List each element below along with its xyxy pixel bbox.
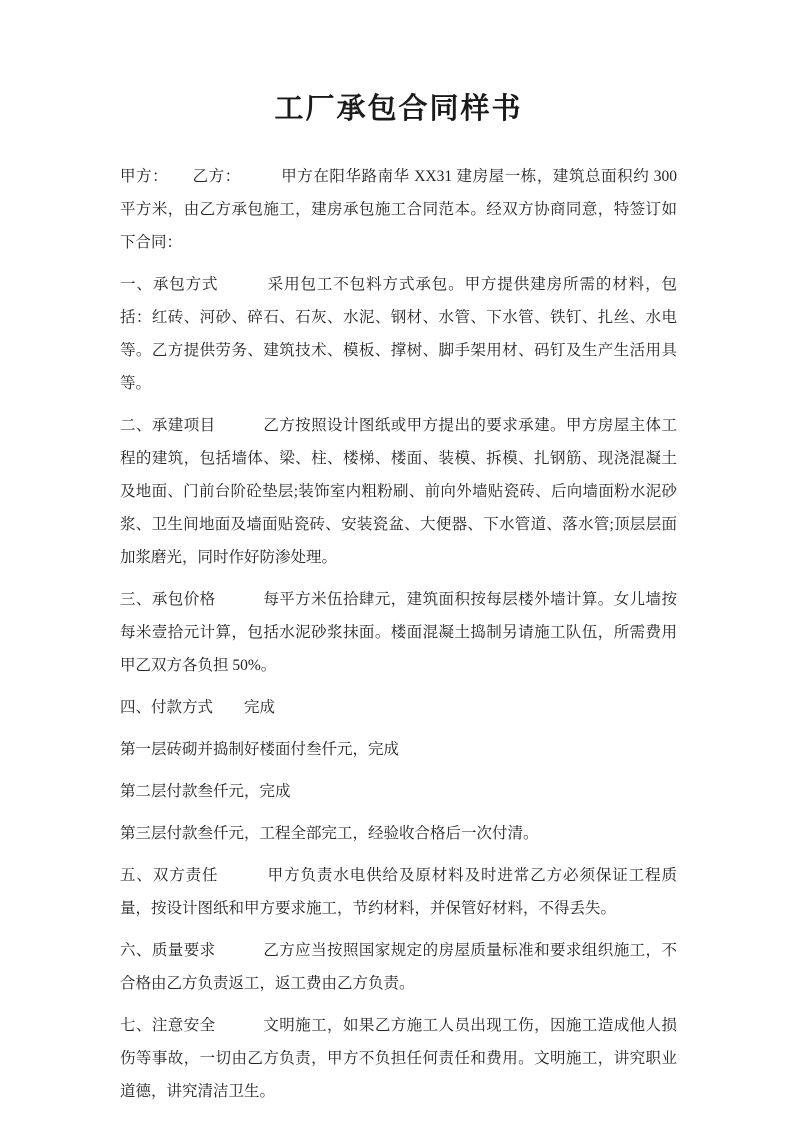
document-page: 工厂承包合同样书 甲方： 乙方： 甲方在阳华路南华 XX31 建房屋一栋，建筑总… bbox=[0, 0, 793, 1122]
section-quality-requirements: 六、质量要求 乙方应当按照国家规定的房屋质量标准和要求组织施工，不合格由乙方负责… bbox=[120, 934, 677, 1000]
section-safety: 七、注意安全 文明施工，如果乙方施工人员出现工伤，因施工造成他人损伤等事故，一切… bbox=[120, 1009, 677, 1108]
section-responsibilities: 五、双方责任 甲方负责水电供给及原材料及时进常乙方必须保证工程质量，按设计图纸和… bbox=[120, 859, 677, 925]
section-contract-method: 一、承包方式 采用包工不包料方式承包。甲方提供建房所需的材料，包括：红砖、河砂、… bbox=[120, 268, 677, 400]
payment-installment-3: 第三层付款叁仟元，工程全部完工，经验收合格后一次付清。 bbox=[120, 817, 677, 850]
section-payment-method: 四、付款方式 完成 bbox=[120, 691, 677, 724]
payment-installment-1: 第一层砖砌并捣制好楼面付叁仟元，完成 bbox=[120, 733, 677, 766]
section-contract-price: 三、承包价格 每平方米伍拾肆元，建筑面积按每层楼外墙计算。女儿墙按每米壹拾元计算… bbox=[120, 583, 677, 682]
party-line: 甲方： 乙方： 甲方在阳华路南华 XX31 建房屋一栋，建筑总面积约 300 平… bbox=[120, 160, 677, 259]
document-title: 工厂承包合同样书 bbox=[120, 88, 677, 130]
section-construction-items: 二、承建项目 乙方按照设计图纸或甲方提出的要求承建。甲方房屋主体工程的建筑，包括… bbox=[120, 409, 677, 574]
payment-installment-2: 第二层付款叁仟元，完成 bbox=[120, 775, 677, 808]
